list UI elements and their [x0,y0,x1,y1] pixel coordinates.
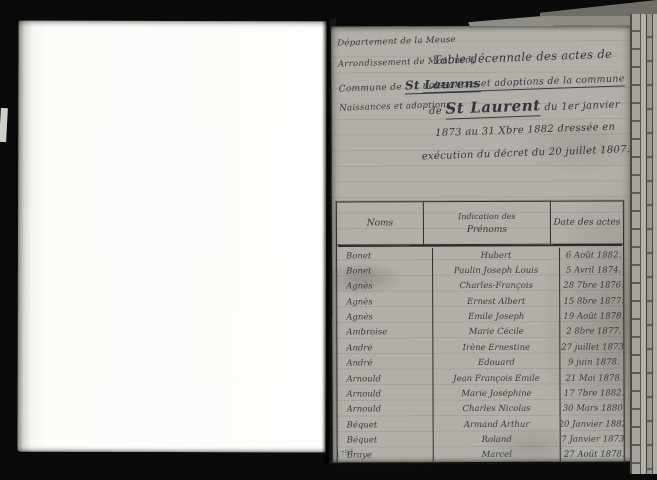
title-line-3-prefix: de [429,106,442,117]
cell-prenoms: Marcel [434,447,561,463]
cell-date: 19 Août 1878. [560,309,623,325]
left-page-blank [17,21,326,453]
table-header-row: Noms Indication des Prénoms Date des act… [337,202,623,246]
cell-prenoms: Paulin Joseph Louis [433,263,560,279]
title-commune-name: St Laurent [445,96,541,119]
page-edge-strip [652,14,657,474]
cell-nom: Arnould [337,386,433,402]
title-line-3-suffix: du 1er janvier [544,100,620,114]
cell-prenoms: Charles Nicolas [434,401,561,417]
cell-prenoms: Armand Arthur [434,417,561,433]
cell-prenoms: Emile Joseph [433,309,560,325]
header-prenoms-line1: Indication des [458,211,516,220]
cell-date: 20 Janvier 1882. [561,416,624,432]
title-block: Table décennale des actes de naissances … [415,46,633,174]
header-date-label: Date des actes [553,218,620,228]
cell-prenoms: Irène Ernestine [433,340,560,356]
table-body: Bonet Hubert 6 Août 1882. Bonet Paulin J… [337,248,624,464]
cell-prenoms: Charles-François [433,278,560,294]
cell-date: 6 Août 1882. [560,248,623,264]
cell-nom: André [337,340,433,356]
cell-nom: Béquet [338,417,434,433]
title-line-3: de St Laurent du 1er janvier [417,93,631,118]
table-row: Agnès Emile Joseph 19 Août 1878. [337,309,623,325]
cell-date: 27 juillet 1873. [560,340,623,356]
cell-date: 21 Mai 1878. [560,370,623,386]
cell-nom: Arnould [337,371,433,387]
page-edge-strip [630,14,640,474]
right-page: Département de la Meuse Arrondissement d… [331,25,633,462]
table-row: Arnould Marie Joséphine 17 7bre 1882. [337,386,623,402]
records-table: Noms Indication des Prénoms Date des act… [336,201,625,464]
cell-prenoms: Jean François Emile [433,371,560,387]
cell-nom: Bonet [337,264,433,280]
title-line-2: naissances et adoptions de la commune [416,73,630,91]
header-prenoms-line2: Prénoms [467,224,507,234]
cell-date: 2 8bre 1877. [560,324,623,340]
cell-date: 15 8bre 1877. [560,294,623,310]
cell-date: 27 Août 1878. [561,447,624,463]
cell-prenoms: Marie Cécile [433,325,560,341]
page-edge-strip [640,14,647,474]
table-row: Agnès Charles-François 28 7bre 1876. [337,278,623,294]
table-row: Arnould Jean François Emile 21 Mai 1878. [337,370,623,386]
cell-prenoms: Edouard [433,355,560,371]
table-row: Braye Marcel 27 Août 1878. [338,447,624,463]
cell-date: 28 7bre 1876. [560,278,623,294]
cell-nom: André [337,356,433,372]
table-row: Bonet Hubert 6 Août 1882. [337,248,623,264]
table-row: André Edouard 9 juin 1878. [337,355,623,371]
table-row: Béquet Roland 7 Janvier 1873. [338,432,624,448]
cell-nom: Arnould [338,402,434,418]
cell-nom: Bonet [337,248,433,264]
cell-prenoms: Roland [434,432,561,448]
table-row: Arnould Charles Nicolas 30 Mars 1880. [338,401,624,417]
commune-prefix: Commune de [339,83,403,95]
header-noms: Noms [337,202,424,244]
title-line-2-text: naissances et adoptions de la commune [422,73,625,93]
cell-nom: Agnès [337,310,433,326]
page-edge-sliver [0,108,8,142]
cell-date: 5 Avril 1874. [560,263,623,279]
cell-date: 7 Janvier 1873. [561,432,624,448]
scanned-register-spread: Département de la Meuse Arrondissement d… [0,0,657,480]
cell-prenoms: Ernest Albert [433,294,560,310]
header-prenoms: Indication des Prénoms [424,202,551,244]
cell-nom: Agnès [337,279,433,295]
cell-date: 9 juin 1878. [560,355,623,371]
book-fore-edge [630,14,657,474]
table-row: André Irène Ernestine 27 juillet 1873. [337,340,623,356]
cell-prenoms: Hubert [433,248,560,264]
header-noms-label: Noms [367,218,393,228]
table-row: Agnès Ernest Albert 15 8bre 1877. [337,294,623,310]
table-row: Ambroise Marie Cécile 2 8bre 1877. [337,324,623,340]
cell-date: 17 7bre 1882. [560,386,623,402]
title-line-4: 1873 au 31 Xbre 1882 dressée en [418,121,632,139]
header-date: Date des actes [551,202,623,244]
cell-date: 30 Mars 1880. [561,401,624,417]
table-row: Béquet Armand Arthur 20 Janvier 1882. [338,416,624,432]
cell-prenoms: Marie Joséphine [433,386,560,402]
title-line-5: exécution du décret du 20 juillet 1807. [419,144,633,162]
cell-nom: Ambroise [337,325,433,341]
cell-nom: Agnès [337,294,433,310]
cell-nom: Béquet [338,432,434,448]
table-row: Bonet Paulin Joseph Louis 5 Avril 1874. [337,263,623,279]
